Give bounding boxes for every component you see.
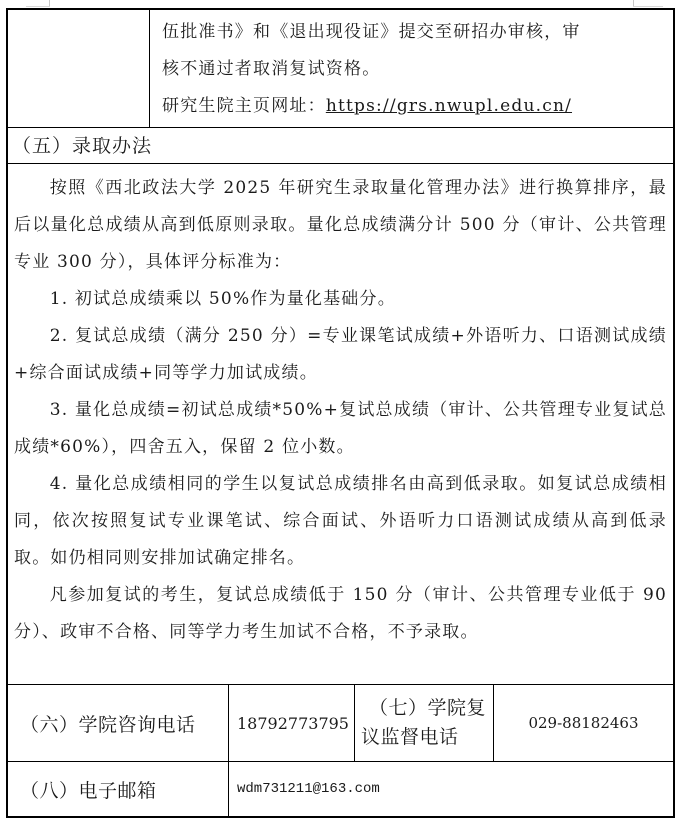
continuation-line-2: 核不通过者取消复试资格。 bbox=[162, 51, 665, 88]
section5-heading-row: （五）录取办法 bbox=[8, 128, 673, 164]
section5-disqualification: 凡参加复试的考生，复试总成绩低于 150 分（审计、公共管理专业低于 90 分）… bbox=[14, 577, 667, 651]
section5-rule-1: 1. 初试总成绩乘以 50%作为量化基础分。 bbox=[14, 281, 667, 318]
section5-heading: （五）录取办法 bbox=[8, 128, 673, 163]
page-corner-mark-left-h bbox=[26, 6, 50, 7]
review-phone-value: 029-88182463 bbox=[493, 685, 673, 761]
email-value[interactable]: wdm731211@163.com bbox=[228, 762, 673, 816]
review-phone-label: （七）学院复 议监督电话 bbox=[354, 685, 493, 761]
review-phone-label-line1: （七）学院复 bbox=[361, 694, 493, 723]
section5-rule-2: 2. 复试总成绩（满分 250 分）=专业课笔试成绩+外语听力、口语测试成绩+综… bbox=[14, 318, 667, 392]
section5-paragraph-intro: 按照《西北政法大学 2025 年研究生录取量化管理办法》进行换算排序，最后以量化… bbox=[14, 170, 667, 281]
section5-body-row: 按照《西北政法大学 2025 年研究生录取量化管理办法》进行换算排序，最后以量化… bbox=[8, 164, 673, 685]
consult-phone-value: 18792773795 bbox=[228, 685, 354, 761]
consult-phone-label: （六）学院咨询电话 bbox=[8, 685, 228, 761]
continuation-content-cell: 伍批准书》和《退出现役证》提交至研招办审核，审 核不通过者取消复试资格。 研究生… bbox=[149, 10, 673, 127]
homepage-link[interactable]: https://grs.nwupl.edu.cn/ bbox=[326, 96, 572, 116]
admission-info-table: 伍批准书》和《退出现役证》提交至研招办审核，审 核不通过者取消复试资格。 研究生… bbox=[6, 8, 675, 818]
continuation-label-cell bbox=[8, 10, 149, 127]
contact-email-row: （八）电子邮箱 wdm731211@163.com bbox=[8, 762, 673, 816]
page-corner-mark-right-h bbox=[633, 6, 663, 7]
section5-rule-4: 4. 量化总成绩相同的学生以复试总成绩排名由高到低录取。如复试总成绩相同，依次按… bbox=[14, 466, 667, 577]
homepage-label: 研究生院主页网址： bbox=[162, 96, 326, 116]
review-phone-label-line2: 议监督电话 bbox=[361, 723, 493, 752]
continuation-line-1: 伍批准书》和《退出现役证》提交至研招办审核，审 bbox=[162, 14, 665, 51]
email-label: （八）电子邮箱 bbox=[8, 762, 228, 816]
homepage-line: 研究生院主页网址：https://grs.nwupl.edu.cn/ bbox=[162, 88, 665, 125]
section5-body: 按照《西北政法大学 2025 年研究生录取量化管理办法》进行换算排序，最后以量化… bbox=[8, 164, 673, 684]
continuation-row: 伍批准书》和《退出现役证》提交至研招办审核，审 核不通过者取消复试资格。 研究生… bbox=[8, 10, 673, 128]
section5-rule-3: 3. 量化总成绩=初试总成绩*50%+复试总成绩（审计、公共管理专业复试总成绩*… bbox=[14, 392, 667, 466]
contact-phone-row: （六）学院咨询电话 18792773795 （七）学院复 议监督电话 029-8… bbox=[8, 685, 673, 762]
